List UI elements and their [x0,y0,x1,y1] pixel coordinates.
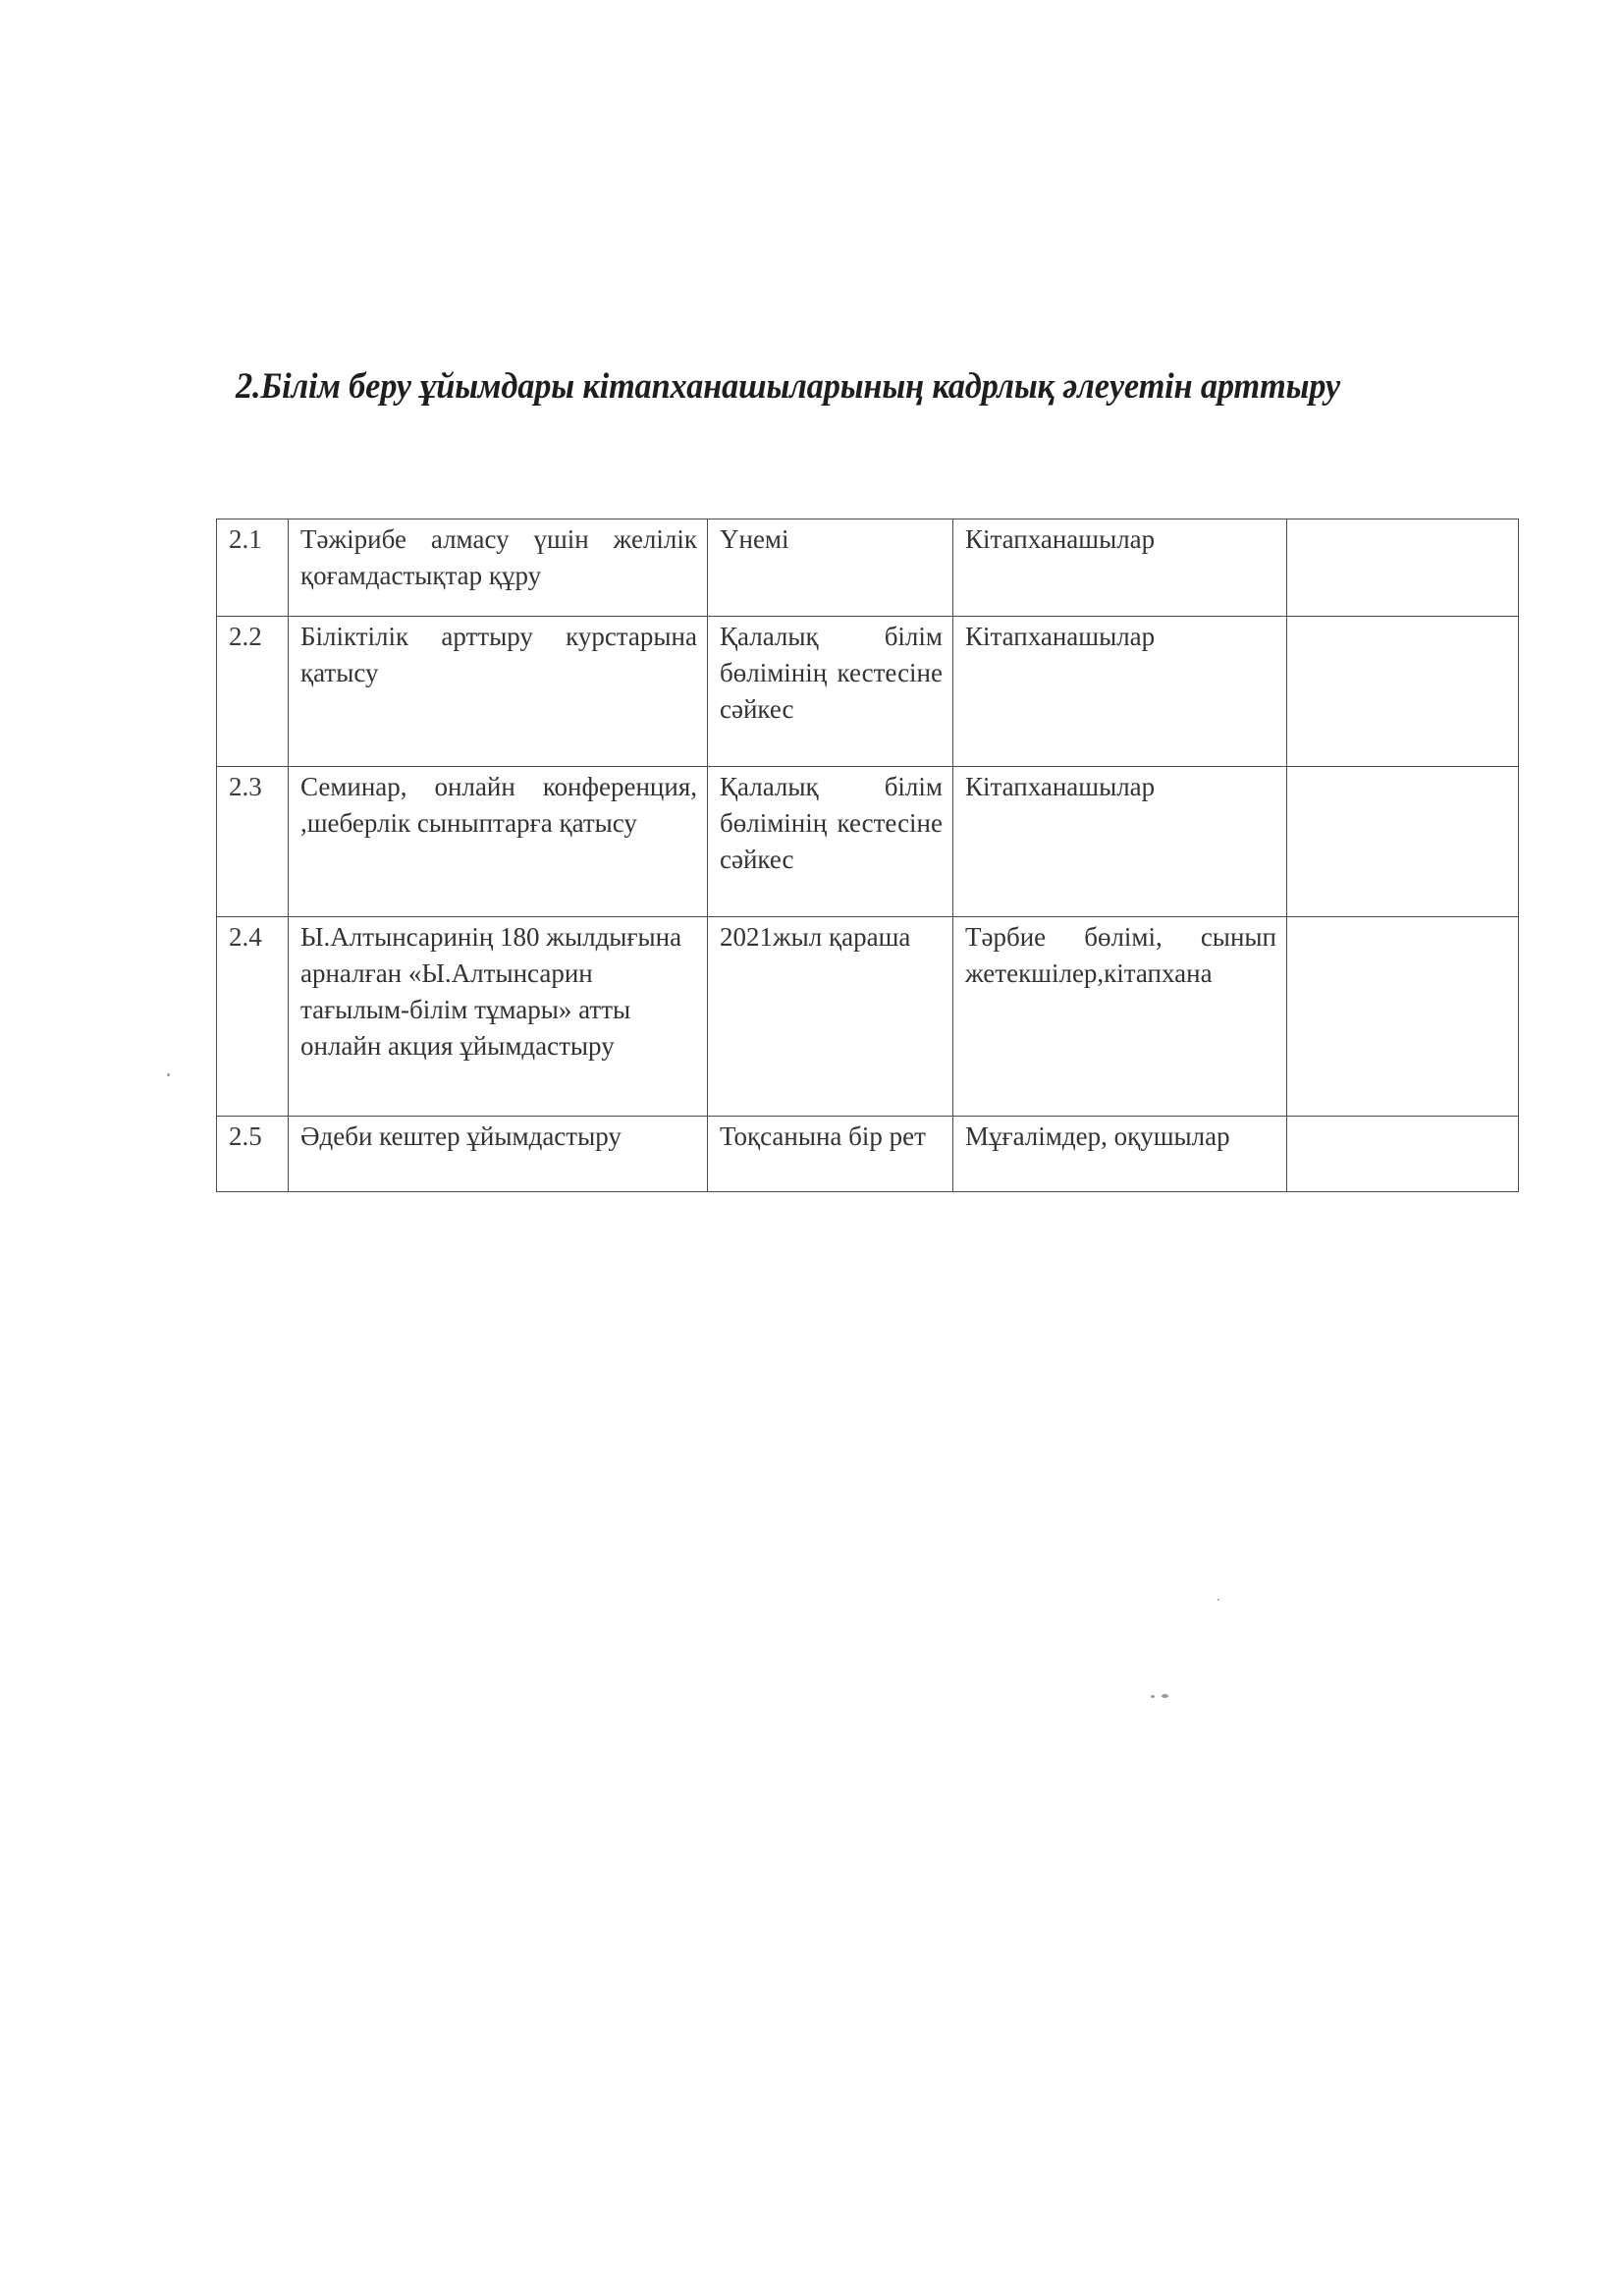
table-row: 2.4 Ы.Алтынсаринің 180 жылдығына арналға… [217,917,1519,1117]
note-cell [1287,917,1519,1117]
timing-cell: 2021жыл қараша [708,917,953,1117]
plan-table: 2.1 Тәжірибе алмасу үшін желілік қоғамда… [216,519,1519,1192]
activity-cell: Семинар, онлайн конференция, ,шеберлік с… [289,767,708,917]
timing-cell: Үнемі [708,519,953,617]
note-cell [1287,1117,1519,1192]
row-number: 2.1 [217,519,289,617]
scan-speck [1217,1599,1219,1601]
table-row: 2.5 Әдеби кештер ұйымдастыру Тоқсанына б… [217,1117,1519,1192]
scan-speck [1162,1694,1168,1698]
table-row: 2.2 Біліктілік арттыру курстарына қатысу… [217,617,1519,767]
responsible-cell: Кітапханашылар [953,767,1287,917]
timing-cell: Қалалық білім бөлімінің кестесіне сәйкес [708,767,953,917]
row-number: 2.3 [217,767,289,917]
section-heading: 2.Білім беру ұйымдары кітапханашыларының… [236,365,1423,408]
scan-speck [1151,1695,1155,1698]
activity-cell: Ы.Алтынсаринің 180 жылдығына арналған «Ы… [289,917,708,1117]
responsible-cell: Тәрбие бөлімі, сынып жетекшілер,кітапхан… [953,917,1287,1117]
scan-speck [167,1073,170,1076]
activity-cell: Біліктілік арттыру курстарына қатысу [289,617,708,767]
note-cell [1287,617,1519,767]
activity-cell: Тәжірибе алмасу үшін желілік қоғамдастық… [289,519,708,617]
row-number: 2.4 [217,917,289,1117]
responsible-cell: Кітапханашылар [953,519,1287,617]
note-cell [1287,767,1519,917]
responsible-cell: Кітапханашылар [953,617,1287,767]
note-cell [1287,519,1519,617]
row-number: 2.2 [217,617,289,767]
row-number: 2.5 [217,1117,289,1192]
timing-cell: Тоқсанына бір рет [708,1117,953,1192]
activity-cell: Әдеби кештер ұйымдастыру [289,1117,708,1192]
table-row: 2.3 Семинар, онлайн конференция, ,шеберл… [217,767,1519,917]
responsible-cell: Мұғалімдер, оқушылар [953,1117,1287,1192]
timing-cell: Қалалық білім бөлімінің кестесіне сәйкес [708,617,953,767]
table-row: 2.1 Тәжірибе алмасу үшін желілік қоғамда… [217,519,1519,617]
